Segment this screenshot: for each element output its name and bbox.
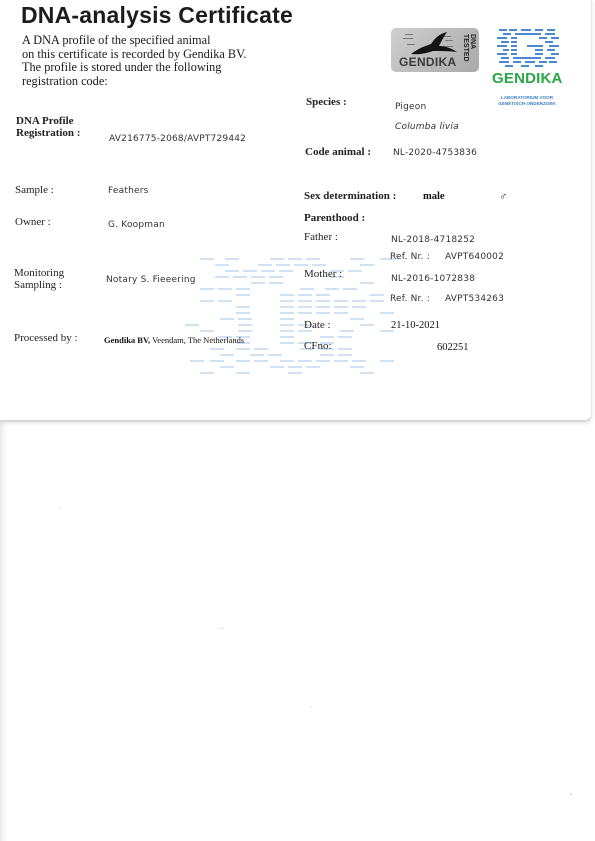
male-symbol-icon: ♂ <box>499 191 507 203</box>
registration-label-line1: DNA Profile <box>16 115 74 127</box>
father-ref-label: Ref. Nr. : <box>390 252 430 262</box>
gendika-logo-subtitle: LABORATORIUM VOOR GENETISCH ONDERZOEK <box>493 95 561 106</box>
parenthood-label: Parenthood : <box>304 212 365 224</box>
dna-tested-seal: GENDIKA DNA TESTED <box>391 28 479 72</box>
monitoring-value: Notary S. Fieeering <box>106 275 196 285</box>
intro-line: on this certificate is recorded by Gendi… <box>22 48 246 62</box>
cfno-value: 602251 <box>437 342 469 353</box>
scan-speck: · <box>310 705 312 711</box>
processed-label: Processed by : <box>14 332 78 344</box>
registration-label-line2: Registration : <box>16 127 80 139</box>
date-label: Date : <box>304 319 331 331</box>
cfno-label: CFno: <box>304 340 332 352</box>
intro-line: A DNA profile of the specified animal <box>22 34 246 48</box>
dna-watermark-icon <box>180 250 410 380</box>
intro-text: A DNA profile of the specified animal on… <box>22 34 246 88</box>
scan-speck: · <box>60 506 62 512</box>
intro-line: registration code: <box>22 75 246 89</box>
processed-value: Gendika BV, Veendam, The Netherlands <box>104 335 244 345</box>
father-ref-value: AVPT640002 <box>445 252 504 262</box>
mother-ref-label: Ref. Nr. : <box>390 294 430 304</box>
species-common: Pigeon <box>395 102 426 112</box>
certificate-title: DNA-analysis Certificate <box>21 2 293 29</box>
certificate-card: DNA-analysis Certificate A DNA profile o… <box>0 0 592 422</box>
owner-value: G. Koopman <box>108 220 165 230</box>
bird-silhouette-icon <box>401 30 461 58</box>
seal-brand: GENDIKA <box>399 55 456 69</box>
monitoring-label-line2: Sampling : <box>14 279 62 291</box>
logo-subtitle-line: LABORATORIUM VOOR <box>493 95 561 101</box>
scan-speck: - <box>570 792 572 798</box>
sample-value: Feathers <box>108 186 149 196</box>
scan-speck: ·· <box>220 626 224 632</box>
mother-ref-value: AVPT534263 <box>445 294 504 304</box>
code-animal-label: Code animal : <box>305 146 371 158</box>
sample-label: Sample : <box>15 184 54 196</box>
processed-company: Gendika BV, <box>104 335 150 345</box>
seal-tested: DNA TESTED <box>462 34 476 72</box>
owner-label: Owner : <box>15 216 51 228</box>
dna-g-logo-icon <box>495 27 561 69</box>
date-value: 21-10-2021 <box>391 320 440 331</box>
father-label: Father : <box>304 231 338 243</box>
registration-value: AV216775-2068/AVPT729442 <box>109 134 246 144</box>
mother-label: Mother : <box>304 268 342 280</box>
species-latin: Columba livia <box>395 122 459 132</box>
intro-line: The profile is stored under the followin… <box>22 61 246 75</box>
sex-label: Sex determination : <box>304 190 396 202</box>
code-animal-value: NL-2020-4753836 <box>393 148 477 158</box>
processed-location: Veendam, The Netherlands <box>150 335 244 345</box>
sex-value: male <box>423 191 445 202</box>
father-value: NL-2018-4718252 <box>391 235 475 245</box>
gendika-logo-name: GENDIKA <box>492 70 563 87</box>
species-label: Species : <box>306 96 347 108</box>
mother-value: NL-2016-1072838 <box>391 274 475 284</box>
logo-subtitle-line: GENETISCH ONDERZOEK <box>493 101 561 107</box>
monitoring-label-line1: Monitoring <box>14 267 64 279</box>
